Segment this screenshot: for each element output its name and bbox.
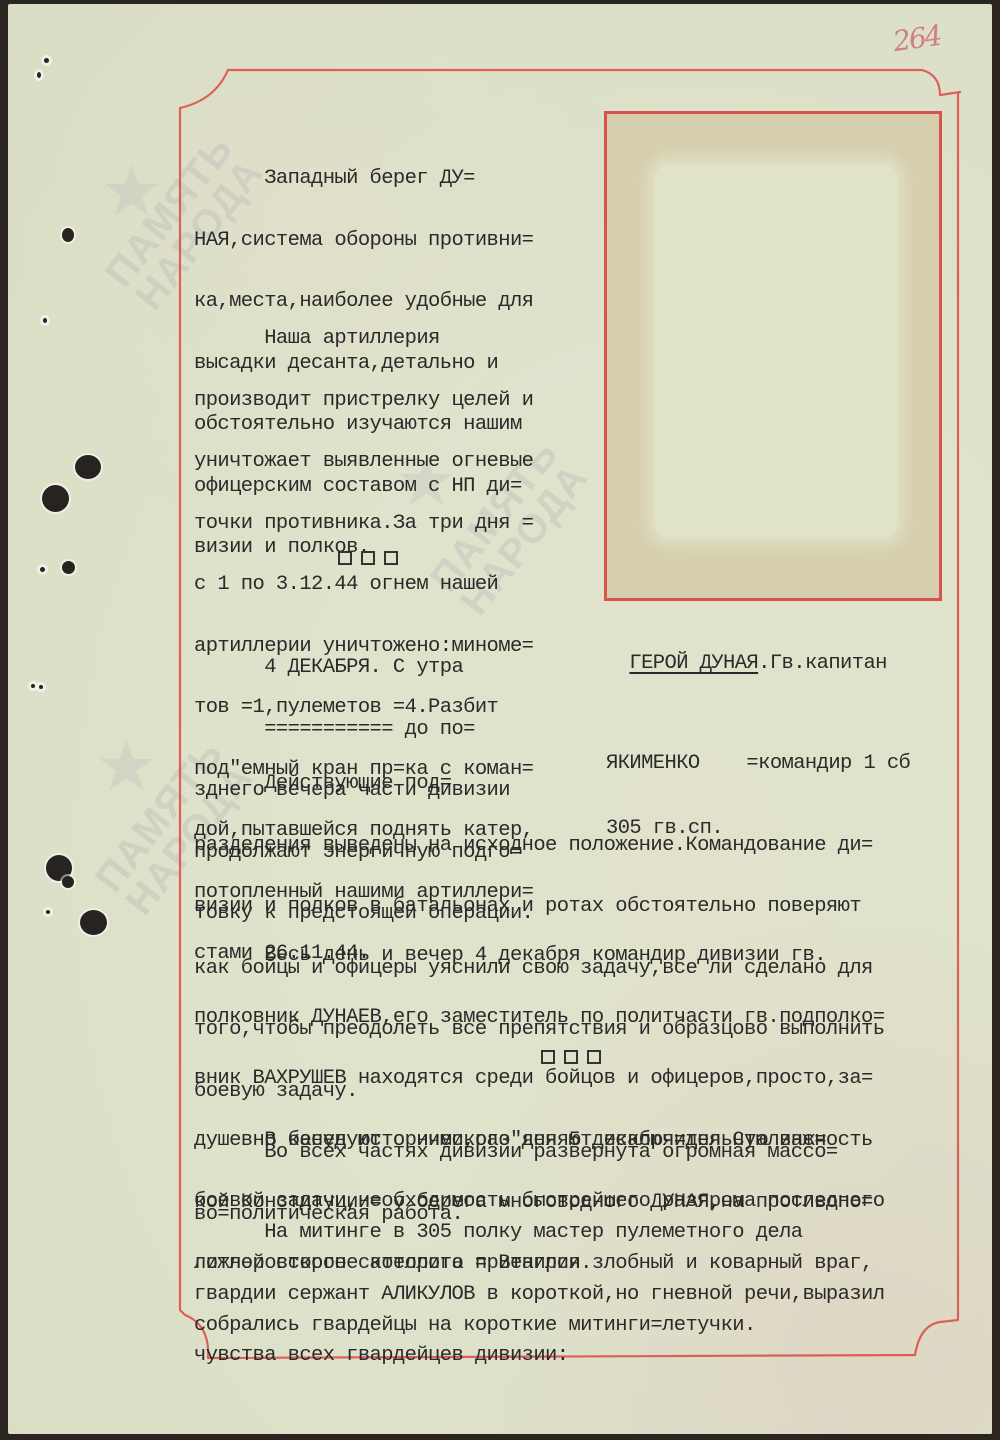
binder-hole [31, 684, 35, 688]
binder-hole [44, 58, 49, 63]
binder-hole [62, 228, 74, 242]
photo-stain-area [655, 164, 897, 538]
binder-hole [46, 910, 50, 914]
binder-hole [62, 876, 74, 888]
photo-placeholder [604, 111, 942, 601]
page-number: 264 [891, 19, 943, 58]
hero-label: ГЕРОЙ ДУНАЯ [629, 652, 758, 675]
binder-hole [80, 910, 107, 935]
binder-hole [75, 455, 101, 479]
binder-hole [37, 72, 41, 78]
section-separator [541, 1050, 601, 1064]
section-separator [338, 551, 398, 565]
binder-hole [42, 485, 69, 512]
binder-hole [43, 318, 47, 323]
binder-hole [62, 561, 75, 574]
paragraph-rally-speech: На митинге в 305 полку мастер пулеметног… [194, 1182, 884, 1387]
binder-hole [39, 685, 43, 689]
binder-hole [40, 567, 45, 572]
